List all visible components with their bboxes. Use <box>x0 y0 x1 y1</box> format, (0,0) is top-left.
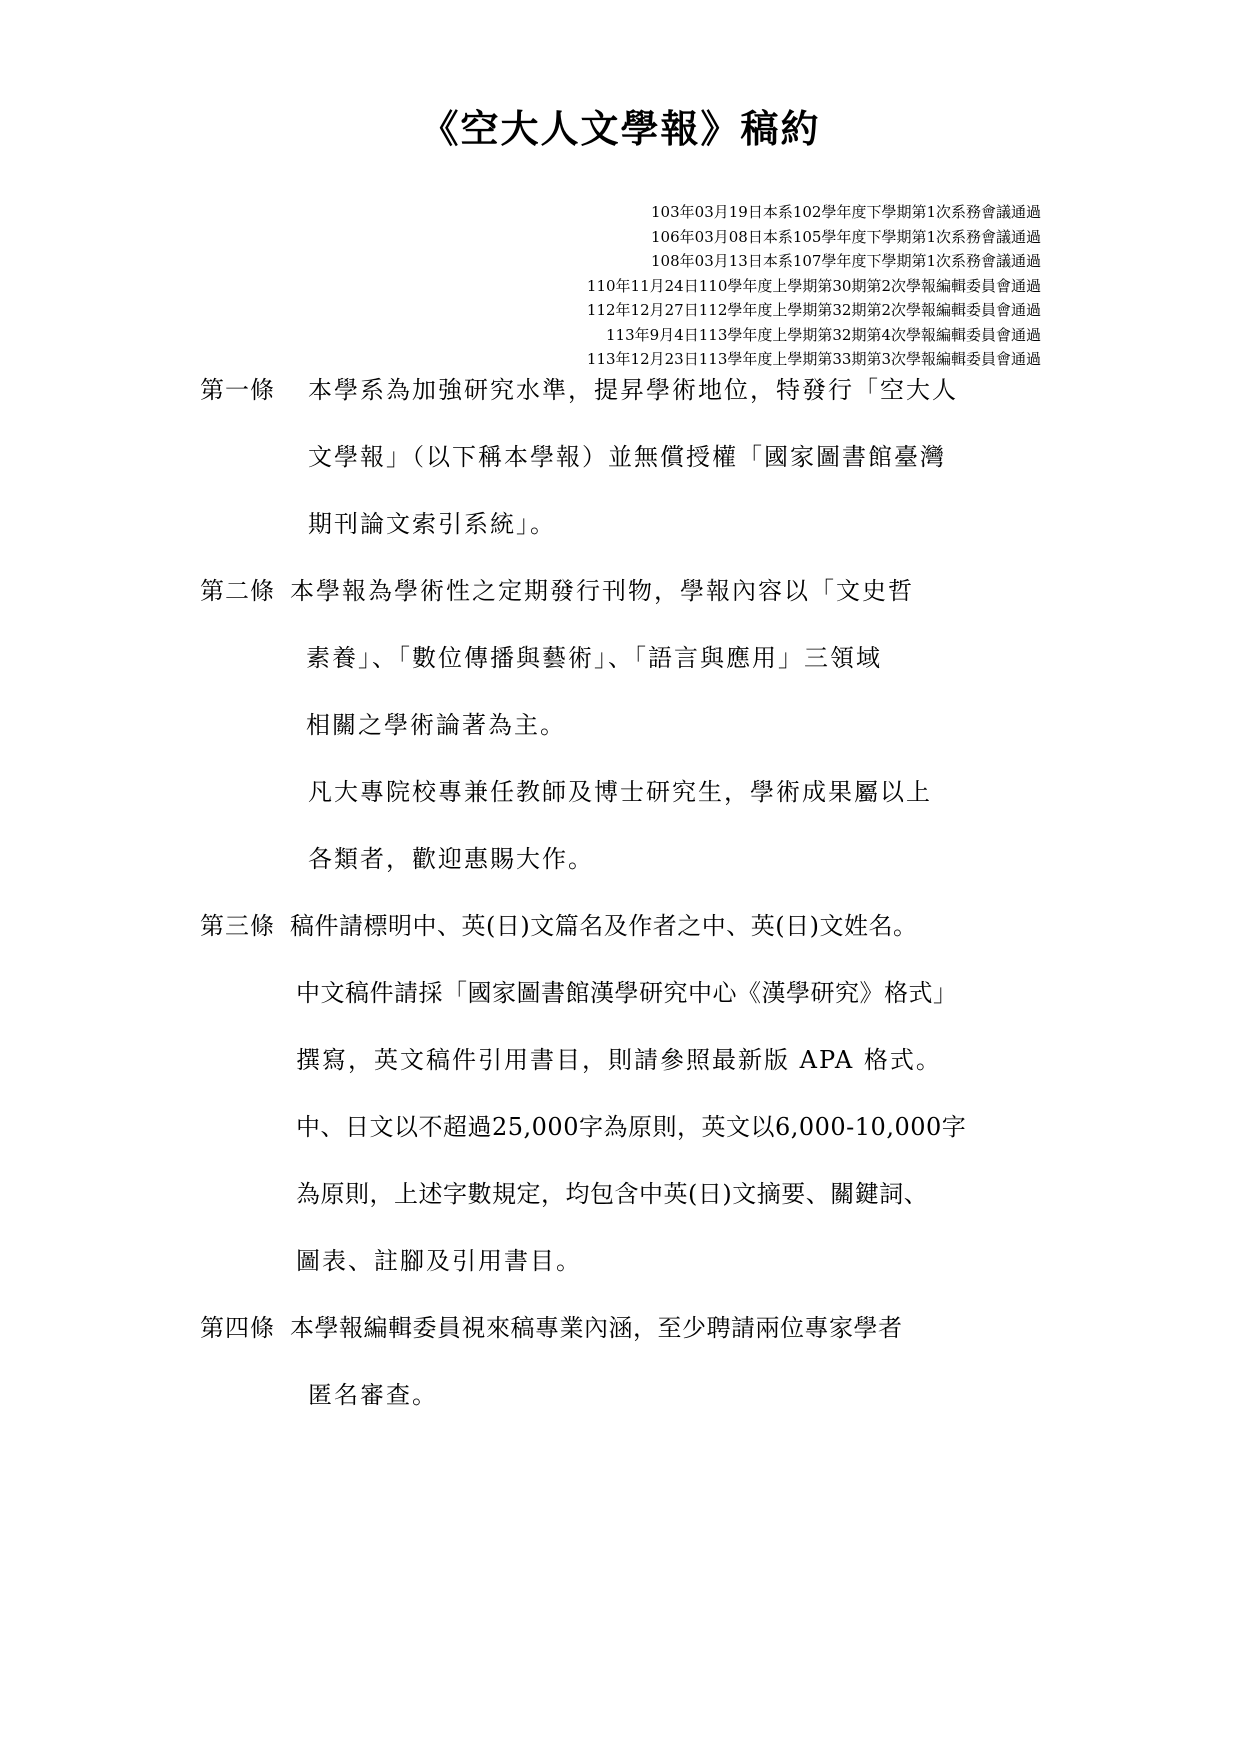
article-text-line: 素養」、「數位傳播與藝術」、「語言與應用」三領域 <box>306 638 882 673</box>
article-text-line: 圖表、註腳及引用書目。 <box>296 1241 582 1276</box>
article-text-line: 撰寫，英文稿件引用書目，則請參照最新版 APA 格式。 <box>296 1040 942 1075</box>
article-text-line: 各類者，歡迎惠賜大作。 <box>308 839 594 874</box>
revision-entry: 112年12月27日112學年度上學期第32期第2次學報編輯委員會通過 <box>587 298 1041 323</box>
revision-entry: 103年03月19日本系102學年度下學期第1次系務會議通過 <box>587 200 1041 225</box>
document-title: 《空大人文學報》稿約 <box>0 98 1241 153</box>
revision-entry: 106年03月08日本系105學年度下學期第1次系務會議通過 <box>587 225 1041 250</box>
revision-entry: 110年11月24日110學年度上學期第30期第2次學報編輯委員會通過 <box>587 274 1041 299</box>
article-label: 第四條 <box>200 1308 275 1343</box>
article-label: 第一條 <box>200 370 275 405</box>
article-label: 第三條 <box>200 906 275 941</box>
article-text-line: 為原則，上述字數規定，均包含中英(日)文摘要、關鍵詞、 <box>296 1174 928 1209</box>
article-text-line: 中、日文以不超過25,000字為原則，英文以6,000-10,000字 <box>296 1107 966 1142</box>
article-text-line: 中文稿件請採「國家圖書館漢學研究中心《漢學研究》格式」 <box>296 973 958 1008</box>
article-text-line: 凡大專院校專兼任教師及博士研究生，學術成果屬以上 <box>308 772 932 807</box>
revision-entry: 113年9月4日113學年度上學期第32期第4次學報編輯委員會通過 <box>587 323 1041 348</box>
article-text-line: 文學報」（以下稱本學報）並無償授權「國家圖書館臺灣 <box>308 437 946 472</box>
article-text-line: 匿名審查。 <box>308 1375 438 1410</box>
article-text-line: 本學報為學術性之定期發行刊物，學報內容以「文史哲 <box>290 571 914 606</box>
article-text-line: 期刊論文索引系統」。 <box>308 504 556 539</box>
article-text-line: 本學系為加強研究水準，提昇學術地位，特發行「空大人 <box>308 370 958 405</box>
revision-entry: 108年03月13日本系107學年度下學期第1次系務會議通過 <box>587 249 1041 274</box>
revision-entry: 113年12月23日113學年度上學期第33期第3次學報編輯委員會通過 <box>587 347 1041 372</box>
article-label: 第二條 <box>200 571 275 606</box>
article-text-line: 本學報編輯委員視來稿專業內涵，至少聘請兩位專家學者 <box>290 1308 903 1343</box>
article-text-line: 相關之學術論著為主。 <box>306 705 566 740</box>
revision-history: 103年03月19日本系102學年度下學期第1次系務會議通過 106年03月08… <box>587 200 1041 372</box>
article-text-line: 稿件請標明中、英(日)文篇名及作者之中、英(日)文姓名。 <box>290 906 917 941</box>
